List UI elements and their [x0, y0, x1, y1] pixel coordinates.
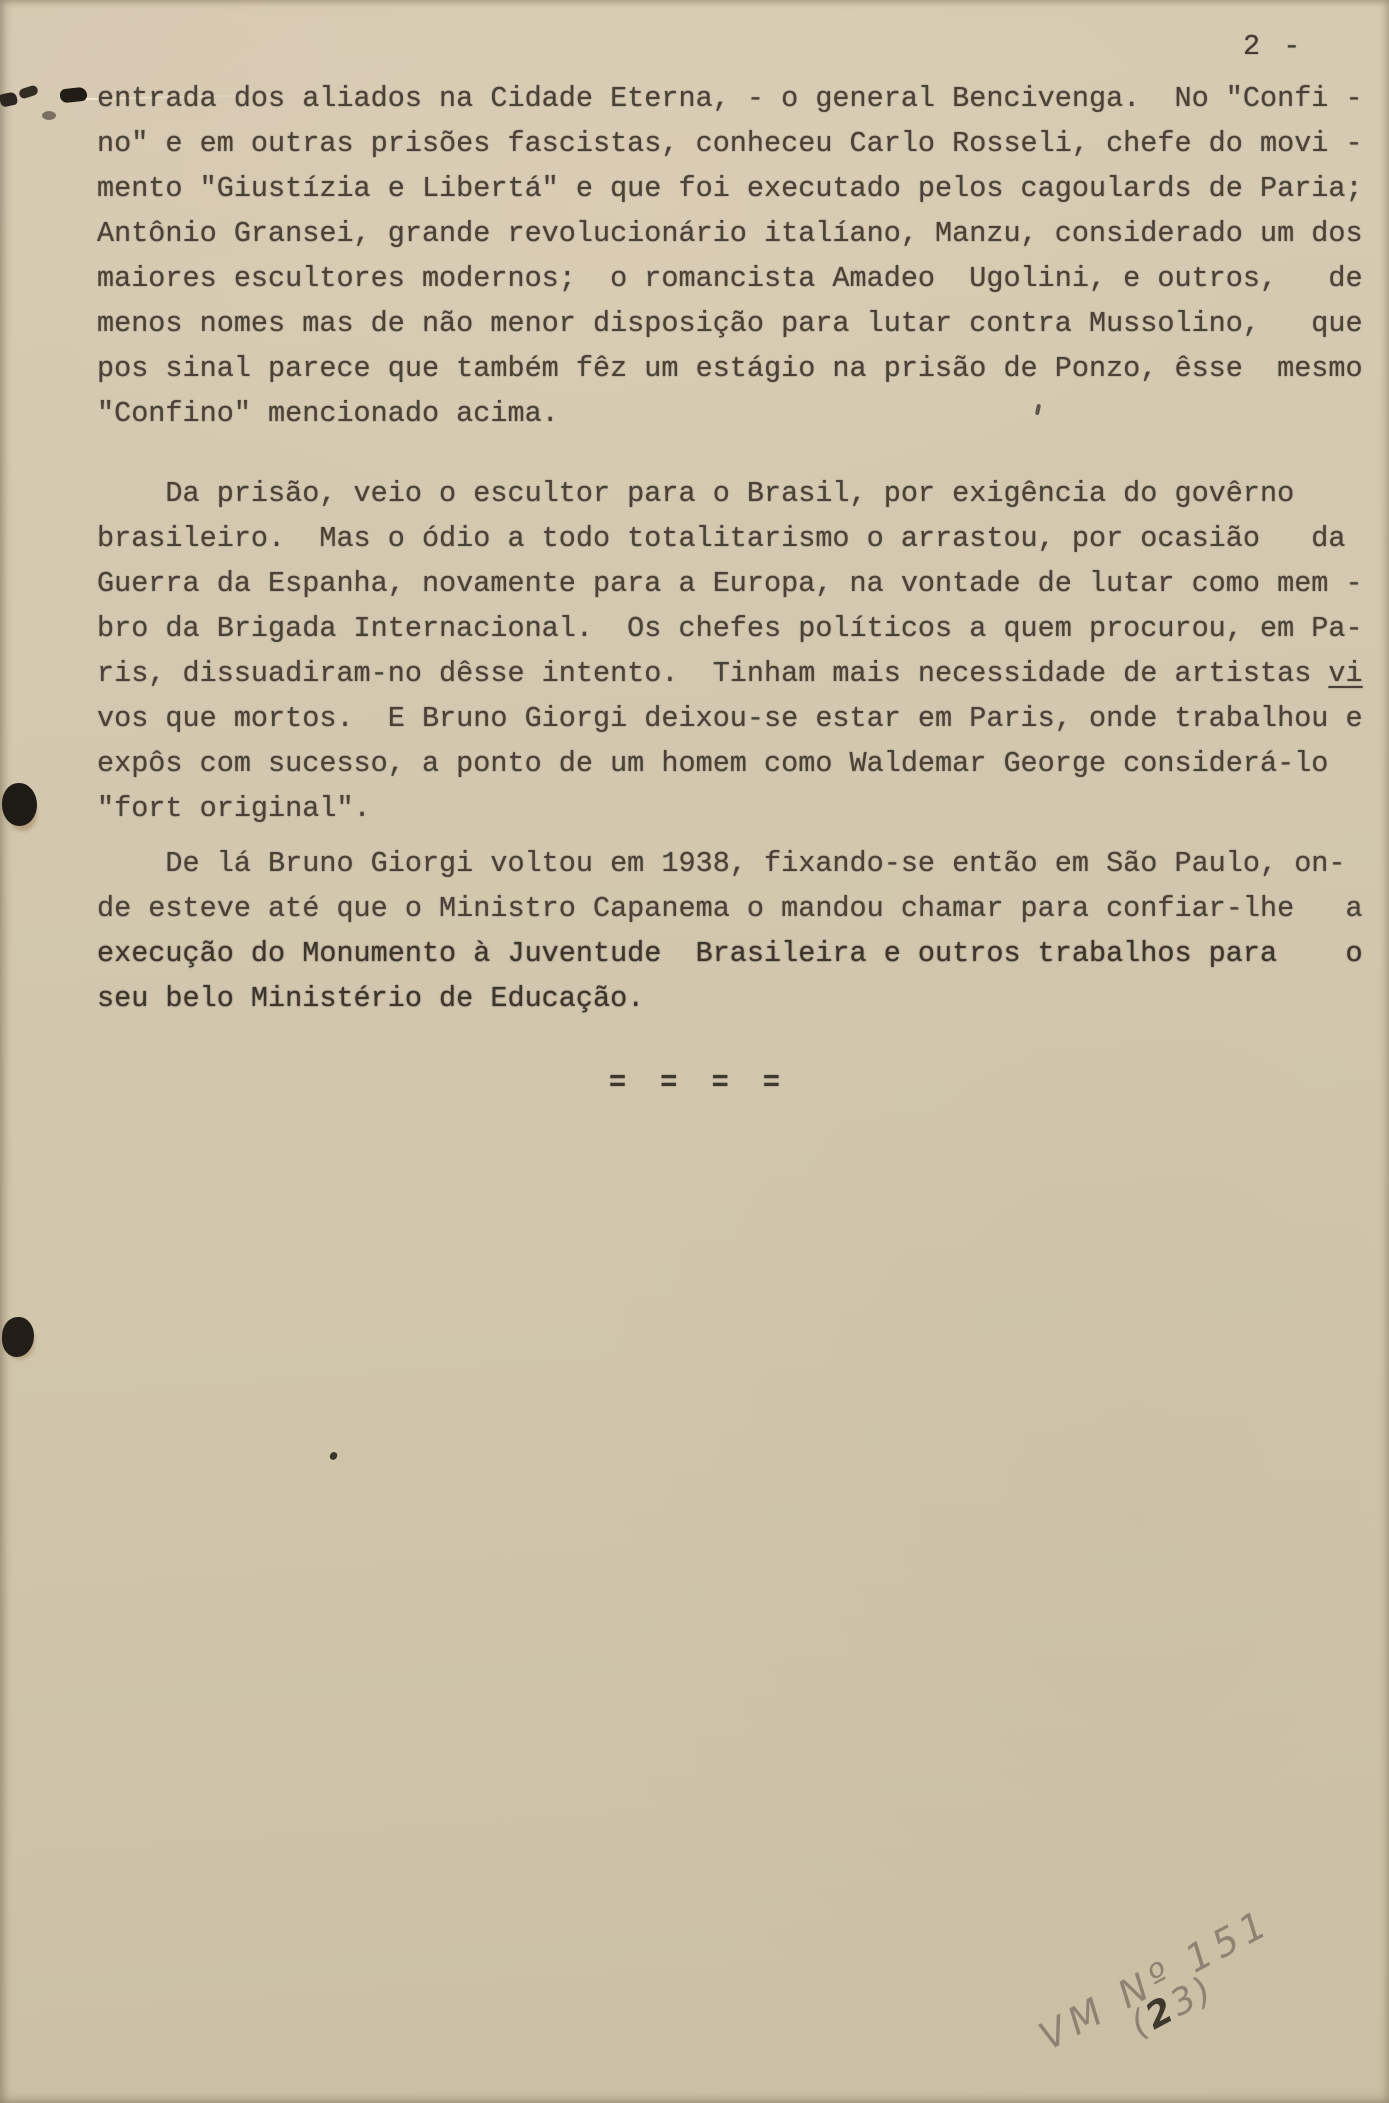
line-text: Antônio Gransei, grande revolucionário i…	[97, 217, 1363, 250]
line-text: Guerra da Espanha, novamente para a Euro…	[97, 567, 1363, 600]
text-line: "fort original".	[97, 786, 1363, 831]
section-separator: = = = =	[609, 1066, 780, 1099]
line-text: de esteve até que o Ministro Capanema o …	[97, 892, 1363, 925]
ink-blot-icon	[59, 87, 87, 104]
text-line: entrada dos aliados na Cidade Eterna, - …	[97, 76, 1363, 121]
text-line: Antônio Gransei, grande revolucionário i…	[97, 211, 1363, 256]
page-number: 2 -	[1243, 30, 1303, 63]
text-line: execução do Monumento à Juventude Brasil…	[97, 931, 1363, 976]
line-text: brasileiro. Mas o ódio a todo totalitari…	[97, 522, 1346, 555]
line-text: menos nomes mas de não menor disposição …	[97, 307, 1363, 340]
text-line: "Confino" mencionado acima.	[97, 391, 1363, 436]
line-text: vos que mortos. E Bruno Giorgi deixou-se…	[97, 702, 1363, 735]
text-line: maiores escultores modernos; o romancist…	[97, 256, 1363, 301]
line-text: "fort original".	[97, 792, 371, 825]
text-line: mento "Giustízia e Libertá" e que foi ex…	[97, 166, 1363, 211]
line-text: seu belo Ministério de Educação.	[97, 982, 644, 1015]
text-line: expôs com sucesso, a ponto de um homem c…	[97, 741, 1363, 786]
ink-blot-icon	[0, 91, 18, 107]
text-line: menos nomes mas de não menor disposição …	[97, 301, 1363, 346]
ink-smudge-icon	[42, 111, 56, 120]
line-text: expôs com sucesso, a ponto de um homem c…	[97, 747, 1328, 780]
text-line: ris, dissuadiram-no dêsse intento. Tinha…	[97, 651, 1363, 696]
line-text: ris, dissuadiram-no dêsse intento. Tinha…	[97, 657, 1328, 690]
text-line: brasileiro. Mas o ódio a todo totalitari…	[97, 516, 1363, 561]
line-text: no" e em outras prisões fascistas, conhe…	[97, 127, 1363, 160]
line-text: "Confino" mencionado acima.	[97, 397, 559, 430]
line-text: pos sinal parece que também fêz um estág…	[97, 352, 1363, 385]
hole-punch-dot	[2, 1317, 34, 1357]
ink-blot-icon	[18, 84, 39, 99]
text-line: vos que mortos. E Bruno Giorgi deixou-se…	[97, 696, 1363, 741]
text-line: bro da Brigada Internacional. Os chefes …	[97, 606, 1363, 651]
text-line: Guerra da Espanha, novamente para a Euro…	[97, 561, 1363, 606]
line-text: De lá Bruno Giorgi voltou em 1938, fixan…	[97, 847, 1346, 880]
underlined-syllable: vi	[1328, 657, 1362, 690]
line-text: execução do Monumento à Juventude Brasil…	[97, 937, 1363, 970]
text-line: de esteve até que o Ministro Capanema o …	[97, 886, 1363, 931]
text-line: pos sinal parece que também fêz um estág…	[97, 346, 1363, 391]
line-text: entrada dos aliados na Cidade Eterna, - …	[97, 82, 1363, 115]
line-text: mento "Giustízia e Libertá" e que foi ex…	[97, 172, 1363, 205]
hole-punch-dot	[2, 783, 37, 826]
paper-speck	[329, 1451, 338, 1461]
text-line-paragraph-start: Da prisão, veio o escultor para o Brasil…	[97, 471, 1363, 516]
line-text: maiores escultores modernos; o romancist…	[97, 262, 1363, 295]
line-text: bro da Brigada Internacional. Os chefes …	[97, 612, 1363, 645]
scanned-typescript-page: 2 - entrada dos aliados na Cidade Eterna…	[0, 0, 1389, 2103]
text-line: seu belo Ministério de Educação.	[97, 976, 1363, 1021]
text-line-paragraph-start: De lá Bruno Giorgi voltou em 1938, fixan…	[97, 841, 1363, 886]
text-line: no" e em outras prisões fascistas, conhe…	[97, 121, 1363, 166]
typewritten-text-block: entrada dos aliados na Cidade Eterna, - …	[97, 76, 1363, 1021]
line-text: Da prisão, veio o escultor para o Brasil…	[97, 477, 1294, 510]
handwritten-annotation: VM Nº 151 (23)	[1032, 1900, 1293, 2086]
